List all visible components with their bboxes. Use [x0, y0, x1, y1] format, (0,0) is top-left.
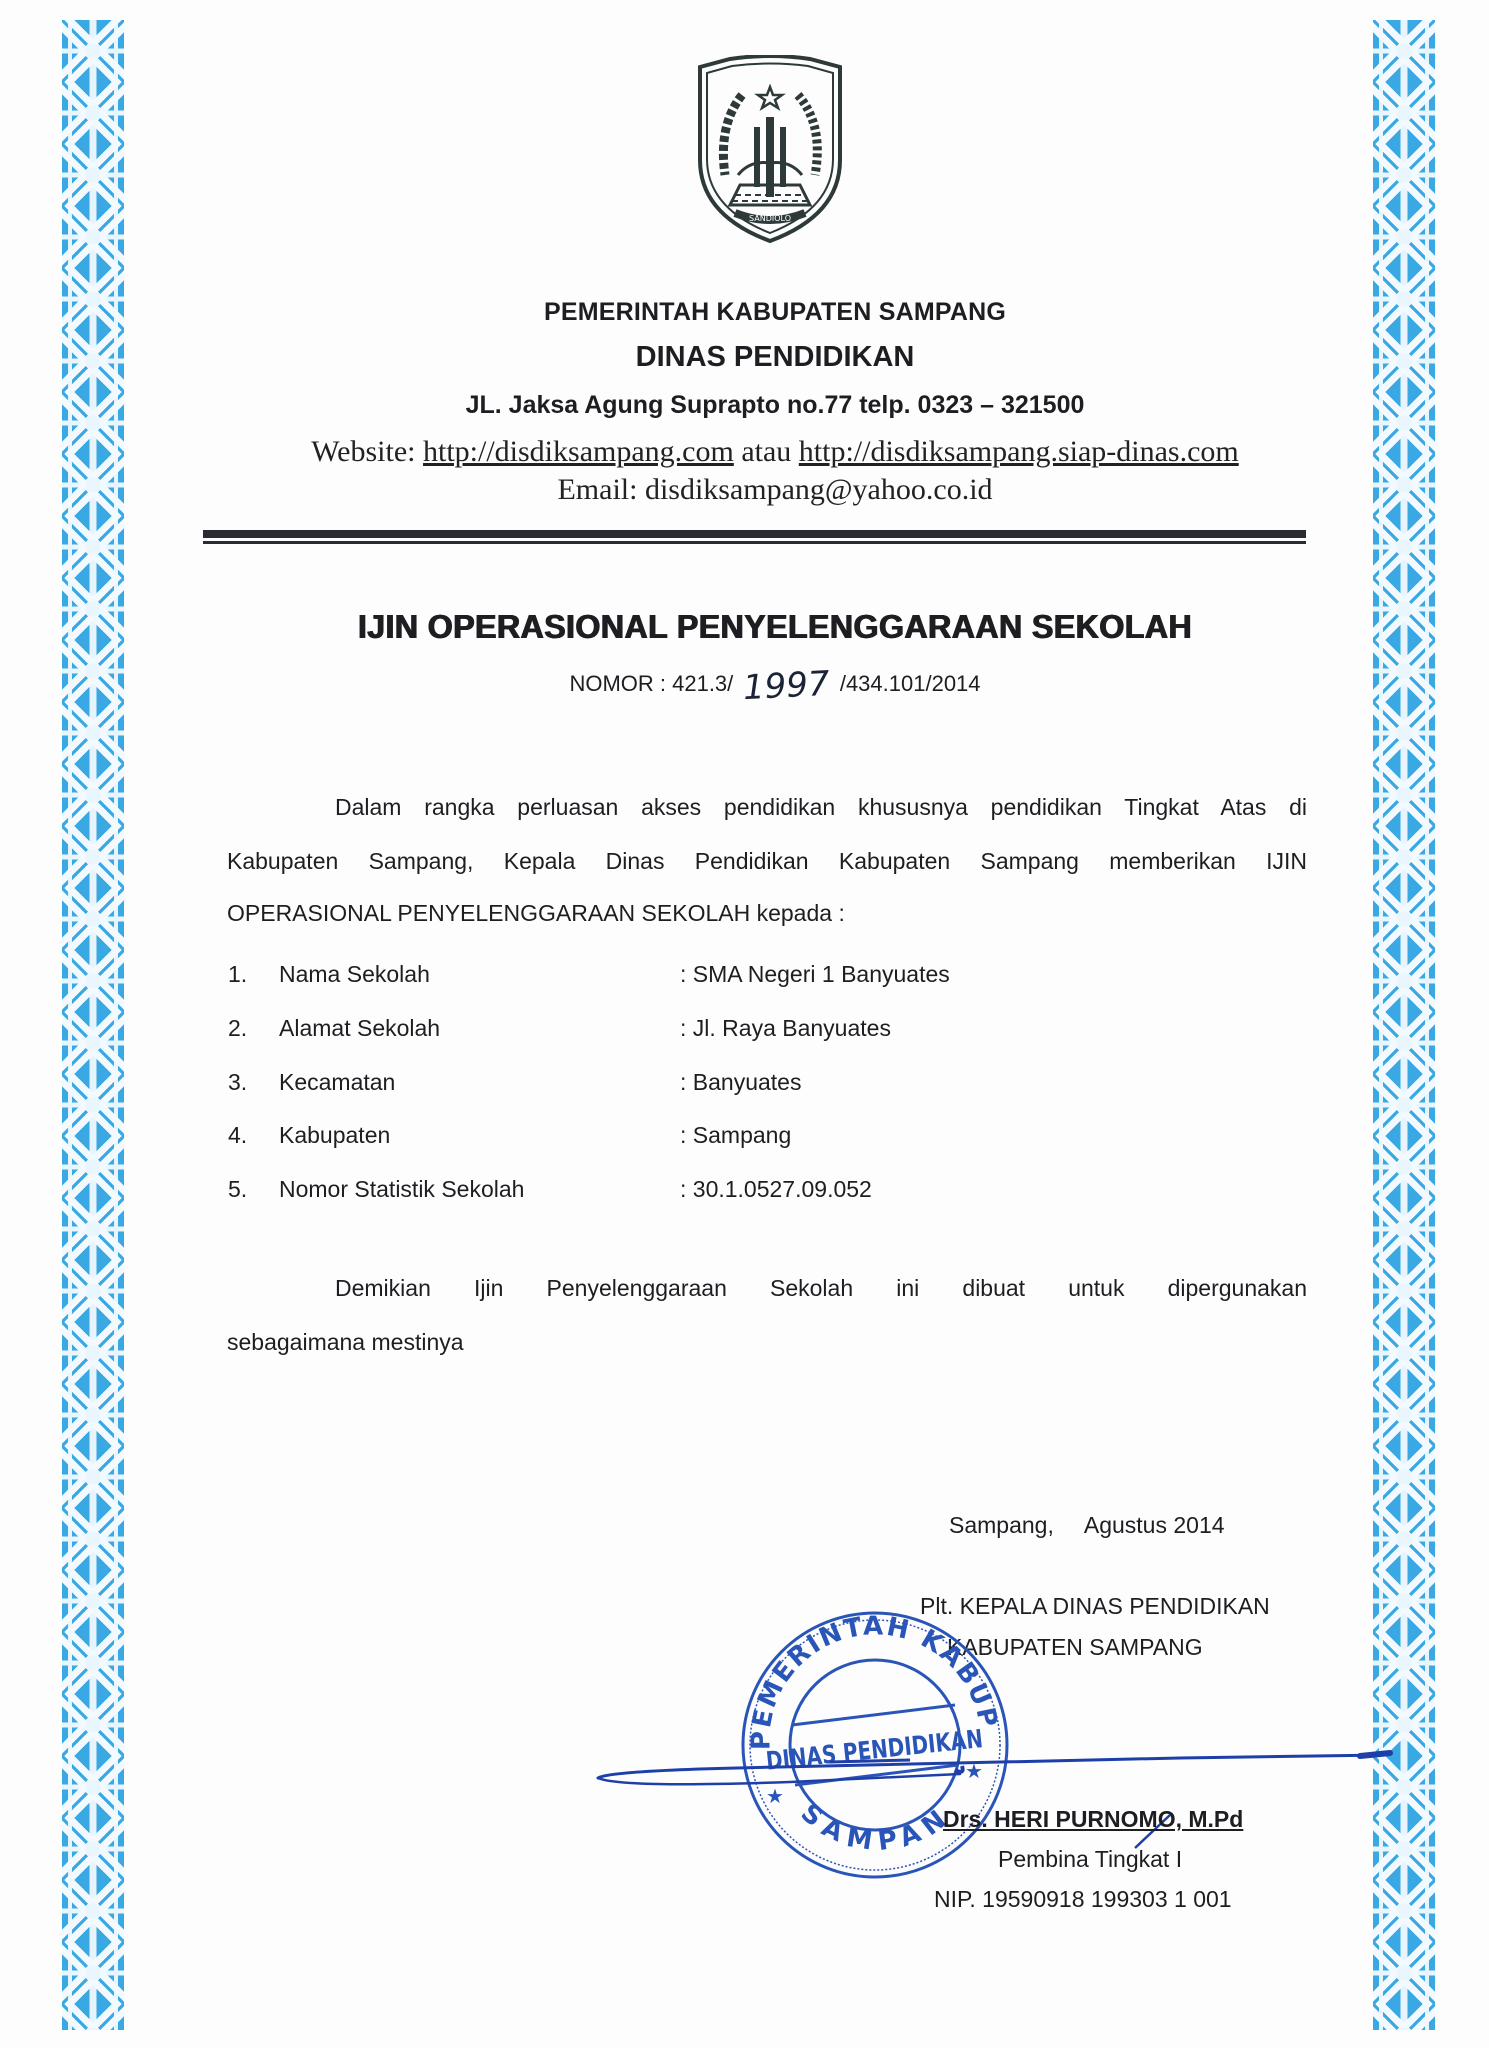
government-name: PEMERINTAH KABUPATEN SAMPANG	[200, 298, 1350, 327]
intro-line-2: Kabupaten Sampang, Kepala Dinas Pendidik…	[227, 848, 1307, 875]
signing-place: Sampang,	[949, 1512, 1054, 1538]
intro-line-1: Dalam rangka perluasan akses pendidikan …	[227, 794, 1307, 821]
item-label: Kabupaten	[279, 1122, 390, 1149]
decorative-border-right	[1373, 20, 1435, 2030]
website-link-2[interactable]: http://disdiksampang.siap-dinas.com	[799, 435, 1239, 468]
department-name: DINAS PENDIDIKAN	[200, 341, 1350, 374]
header-divider-thin	[203, 541, 1306, 544]
document-title: IJIN OPERASIONAL PENYELENGGARAAN SEKOLAH	[212, 608, 1339, 646]
signer-nip: NIP. 19590918 199303 1 001	[934, 1886, 1232, 1913]
item-value: : Jl. Raya Banyuates	[680, 1015, 891, 1042]
item-number: 1.	[228, 961, 247, 988]
item-value: : Sampang	[680, 1122, 791, 1149]
svg-text:★: ★	[766, 1786, 784, 1808]
item-number: 4.	[228, 1122, 247, 1149]
item-value: : SMA Negeri 1 Banyuates	[680, 961, 950, 988]
item-label: Nomor Statistik Sekolah	[279, 1176, 524, 1203]
office-address: JL. Jaksa Agung Suprapto no.77 telp. 032…	[200, 391, 1350, 420]
closing-line-1: Demikian Ijin Penyelenggaraan Sekolah in…	[227, 1275, 1307, 1302]
item-number: 2.	[228, 1015, 247, 1042]
signing-place-date: Sampang,Agustus 2014	[949, 1512, 1225, 1539]
document-number: NOMOR : 421.3/1997/434.101/2014	[200, 660, 1350, 700]
item-value: : 30.1.0527.09.052	[680, 1176, 872, 1203]
item-number: 3.	[228, 1069, 247, 1096]
decorative-border-left	[62, 20, 124, 2030]
signer-name: Drs. HERI PURNOMO, M.Pd	[943, 1806, 1243, 1833]
item-label: Kecamatan	[279, 1069, 395, 1096]
signer-role-line-2: KABUPATEN SAMPANG	[947, 1634, 1203, 1661]
website-line: Website: http://disdiksampang.com atau h…	[200, 435, 1350, 469]
svg-text:SAMPANG: SAMPANG	[730, 1600, 958, 1858]
svg-text:★: ★	[965, 1761, 983, 1783]
svg-text:DINAS PENDIDIKAN: DINAS PENDIDIKAN	[765, 1725, 985, 1776]
signer-rank: Pembina Tingkat I	[998, 1846, 1182, 1873]
header-divider-thick	[203, 530, 1306, 538]
regency-emblem-icon: SANDIOLO	[690, 55, 850, 245]
svg-text:SANDIOLO: SANDIOLO	[749, 214, 791, 223]
signing-date: Agustus 2014	[1084, 1512, 1225, 1538]
svg-text:PEMERINTAH KABUPATEN: PEMERINTAH KABUPATEN	[730, 1600, 1003, 1750]
item-label: Nama Sekolah	[279, 961, 430, 988]
document-number-handwritten: 1997	[742, 664, 831, 708]
item-label: Alamat Sekolah	[279, 1015, 440, 1042]
item-value: : Banyuates	[680, 1069, 801, 1096]
closing-line-2: sebagaimana mestinya	[227, 1329, 1307, 1356]
website-separator: atau	[741, 435, 791, 468]
signer-role-line-1: Plt. KEPALA DINAS PENDIDIKAN	[920, 1593, 1270, 1620]
website-link-1[interactable]: http://disdiksampang.com	[423, 435, 734, 468]
intro-line-3: OPERASIONAL PENYELENGGARAAN SEKOLAH kepa…	[227, 900, 1307, 927]
website-label: Website:	[311, 435, 415, 468]
item-number: 5.	[228, 1176, 247, 1203]
document-number-suffix: /434.101/2014	[840, 671, 981, 696]
document-number-prefix: NOMOR : 421.3/	[569, 671, 733, 696]
email-line: Email: disdiksampang@yahoo.co.id	[200, 473, 1350, 507]
